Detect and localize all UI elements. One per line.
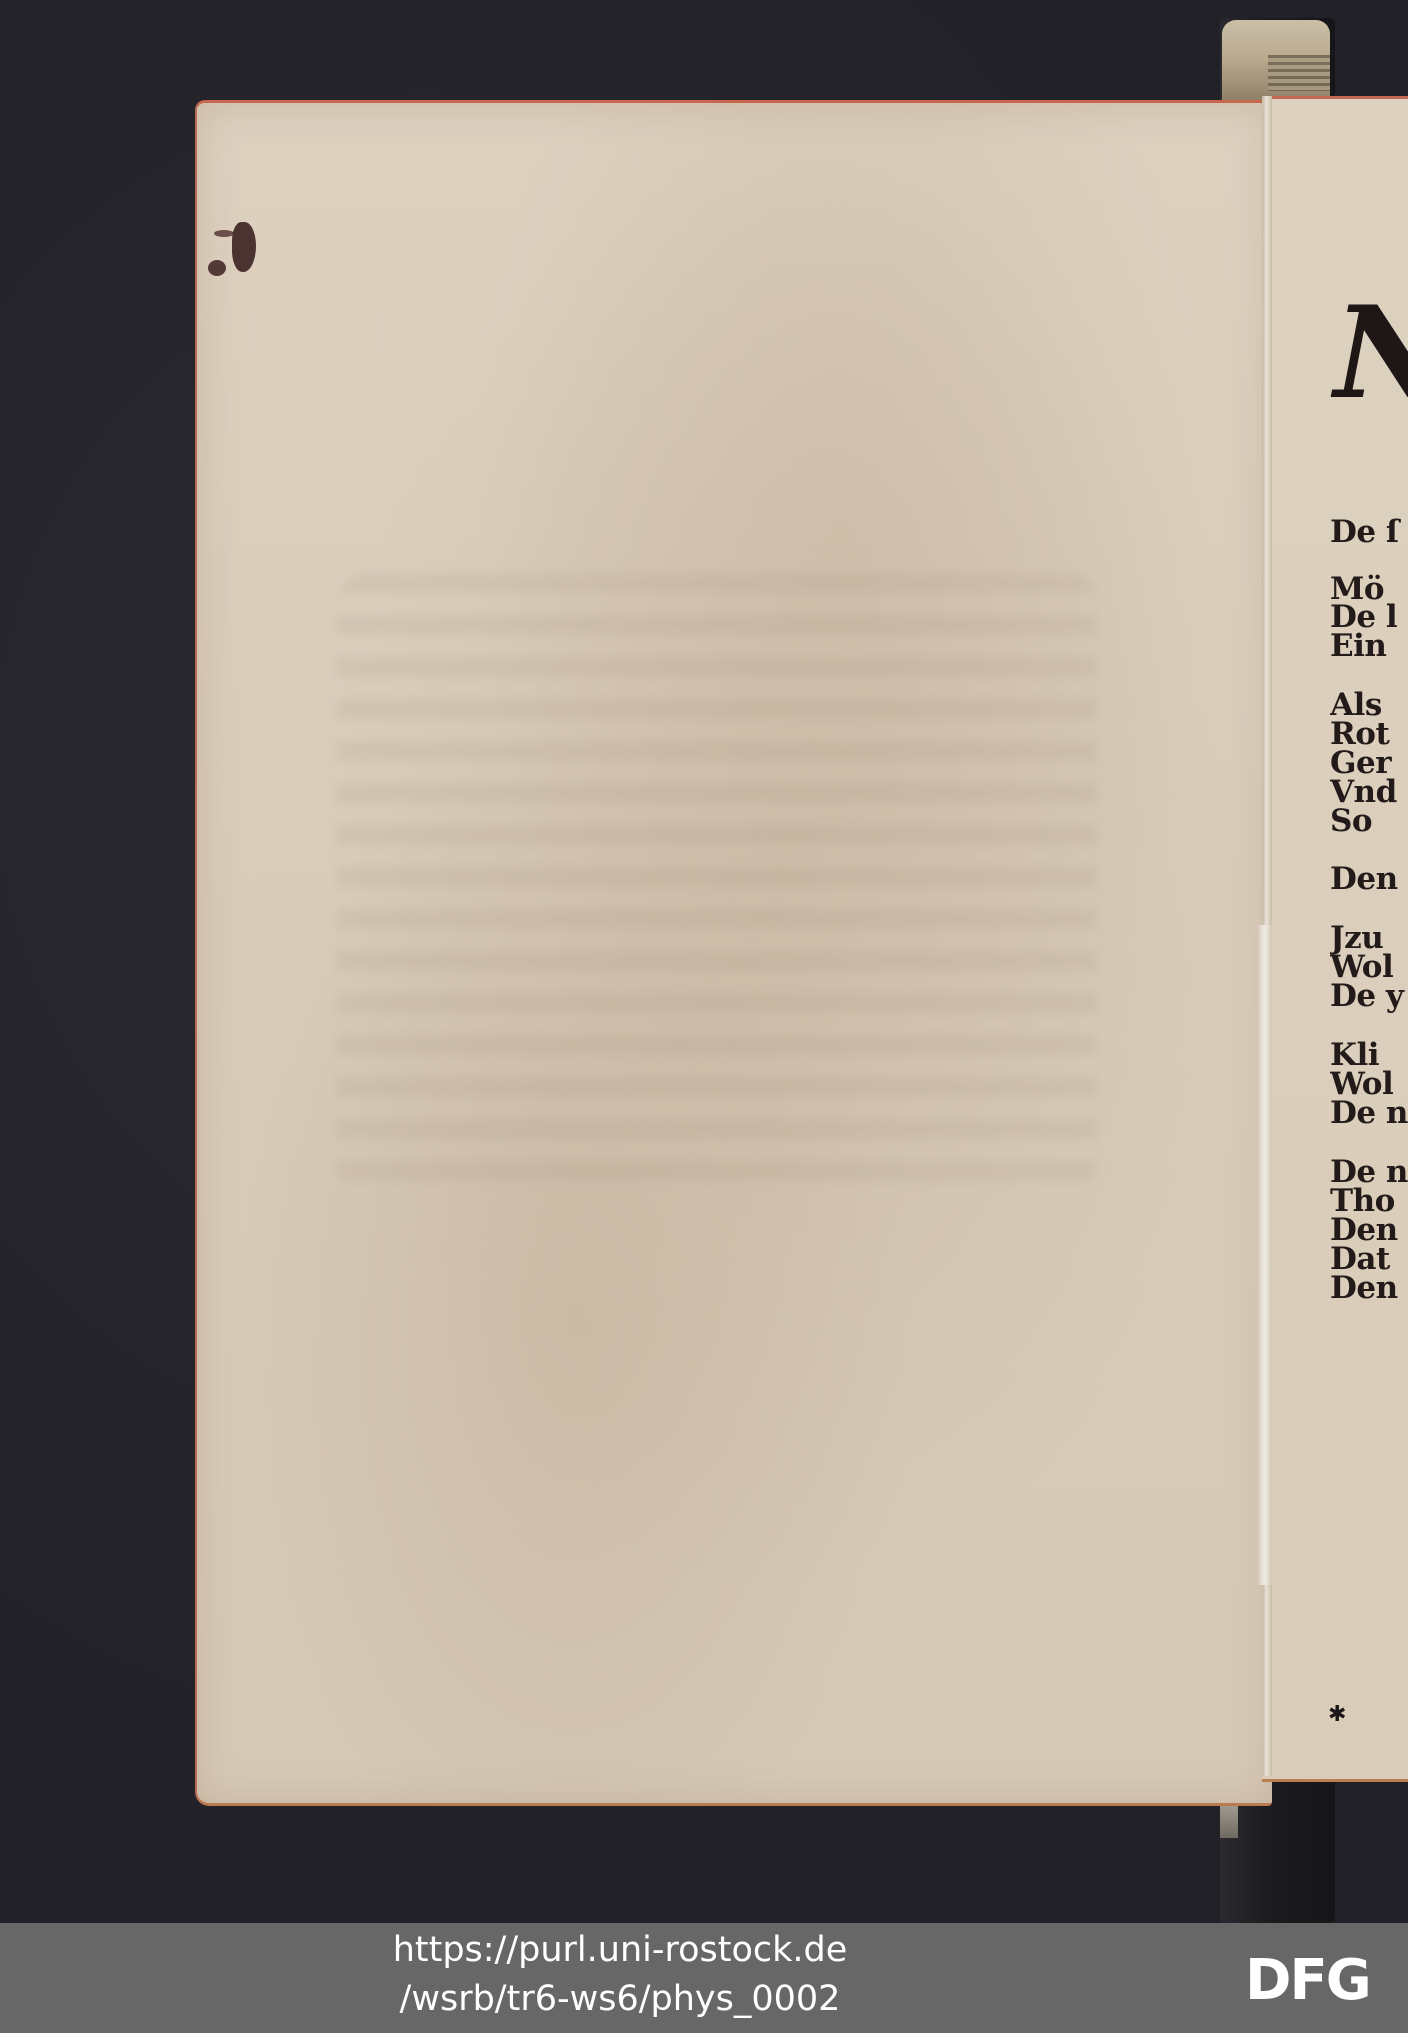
show-through-text xyxy=(337,573,1097,1193)
text-line: De n xyxy=(1330,1096,1408,1130)
dfg-logo: DFG xyxy=(1245,1953,1370,2009)
text-line: Den xyxy=(1330,1271,1398,1305)
ink-blot-mark xyxy=(208,222,248,280)
text-line: De y xyxy=(1330,979,1403,1013)
permalink-url[interactable]: https://purl.uni-rostock.de /wsrb/tr6-ws… xyxy=(310,1926,930,2024)
text-line: So xyxy=(1330,804,1372,838)
decorated-initial: N xyxy=(1334,290,1408,416)
gutter-repair-strip xyxy=(1258,925,1272,1585)
url-line-2[interactable]: /wsrb/tr6-ws6/phys_0002 xyxy=(310,1975,930,2024)
spine-headband-stitching xyxy=(1268,55,1330,91)
text-line: Den xyxy=(1330,862,1398,896)
text-line: De ſ xyxy=(1330,515,1399,549)
left-page-verso xyxy=(195,100,1272,1806)
catchword-mark: ✱ xyxy=(1328,1702,1346,1727)
url-line-1[interactable]: https://purl.uni-rostock.de xyxy=(310,1926,930,1975)
blackletter-text-block: N De ſ Mö De l Ein Als Rot Ger Vnd So De… xyxy=(1330,290,1408,1750)
text-line: Ein xyxy=(1330,629,1386,663)
